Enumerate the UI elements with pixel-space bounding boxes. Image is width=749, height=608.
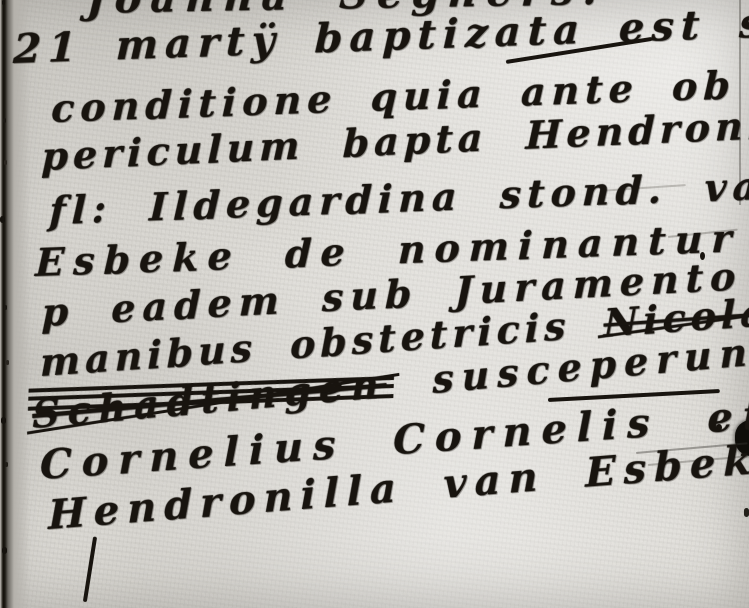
binding-ink-specks (2, 0, 5, 5)
book-binding-edge (0, 0, 30, 608)
pen-flourish (83, 536, 97, 602)
ink-speck (744, 508, 749, 517)
manuscript-page: Joanna Seghers. 21 martÿ baptizata est s… (0, 0, 749, 608)
